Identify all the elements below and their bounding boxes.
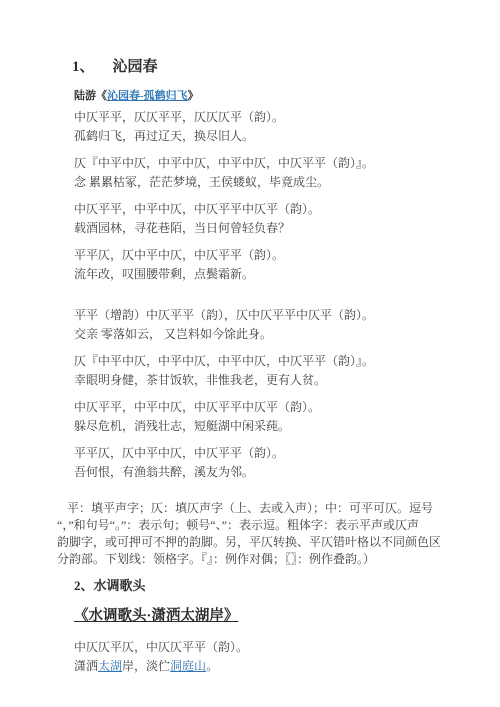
section1-heading: 1、沁园春 [72, 58, 445, 76]
section2-heading-number: 2、 [74, 578, 94, 593]
poem-group: 中仄平平，仄仄平平，仄仄仄平（韵）。 孤鹤归飞，再过辽天，换尽旧人。 [74, 108, 445, 146]
verse-line: 流年改，叹围腰带剩，点鬓霜新。 [74, 265, 445, 284]
verse-line: 潇洒太湖岸，淡伫洞庭山。 [74, 657, 445, 676]
meter-line: 仄『中平中仄，中平中仄，中平中仄，中仄平平（韵）』。 [74, 352, 445, 371]
verse-text: 。 [206, 659, 218, 673]
verse-line: 载酒园林，寻花巷陌，当日何曾轻负春？ [74, 219, 445, 238]
meter-line: 平平仄，仄中平中仄，中仄平平（韵）。 [74, 246, 445, 265]
document-page: 1、沁园春 陆游《沁园春-孤鹤归飞》 中仄平平，仄仄平平，仄仄仄平（韵）。 孤鹤… [0, 0, 500, 707]
section2-heading: 2、水调歌头 [74, 578, 445, 594]
poem-body: 中仄平平，仄仄平平，仄仄仄平（韵）。 孤鹤归飞，再过辽天，换尽旧人。 仄『中平中… [74, 108, 445, 482]
verse-line: 交亲 零落如云， 又岂料如今馀此身。 [74, 325, 445, 344]
meter-line: 仄『中平中仄，中平中仄，中平中仄，中仄平平（韵）』。 [74, 154, 445, 173]
legend-note-line: 分韵部。下划线：领格字。『』：例作对偶；〖〗：例作叠韵。） [57, 551, 445, 568]
meter-line: 中仄平平，仄仄平平，仄仄仄平（韵）。 [74, 108, 445, 127]
poem-group: 平平仄，仄中平中仄，中仄平平（韵）。 吾何恨，有渔翁共醉，溪友为邻。 [74, 444, 445, 482]
poem-group: 中仄平平，中平中仄，中仄平平中仄平（韵）。 躲尽危机，消残壮志，短艇湖中闲采莼。 [74, 398, 445, 436]
section1-heading-title: 沁园春 [113, 59, 158, 75]
section2-subtitle-link[interactable]: 《水调歌头·潇洒太湖岸》 [74, 608, 238, 624]
legend-note-line: 平：填平声字；仄：填仄声字（上、去或入声）；中：可平可仄。逗号 [57, 500, 445, 517]
author-name: 陆游《 [74, 90, 107, 102]
legend-note: 平：填平声字；仄：填仄声字（上、去或入声）；中：可平可仄。逗号 “，”和句号“。… [57, 500, 445, 568]
verse-line: 念 累累枯冢，茫茫梦境，王侯蝼蚁，毕竟成尘。 [74, 173, 445, 192]
legend-note-line: “，”和句号“。”：表示句；顿号“、”：表示逗。粗体字：表示平声或仄声 [57, 517, 445, 534]
poem-group: 仄『中平中仄，中平中仄，中平中仄，中仄平平（韵）』。 念 累累枯冢，茫茫梦境，王… [74, 154, 445, 192]
dongtingshan-link[interactable]: 洞庭山 [170, 659, 206, 673]
poem-title-link[interactable]: 沁园春-孤鹤归飞 [107, 90, 188, 102]
author-line: 陆游《沁园春-孤鹤归飞》 [74, 89, 445, 103]
poem-group: 中仄平平，中平中仄，中仄平平中仄平（韵）。 载酒园林，寻花巷陌，当日何曾轻负春？ [74, 200, 445, 238]
poem-group: 平平（增韵）中仄平平（韵），仄中仄平平中仄平（韵）。 交亲 零落如云， 又岂料如… [74, 306, 445, 344]
verse-text: 潇洒 [74, 659, 98, 673]
verse-line: 吾何恨，有渔翁共醉，溪友为邻。 [74, 463, 445, 482]
verse-line: 孤鹤归飞，再过辽天，换尽旧人。 [74, 127, 445, 146]
verse-line: 躲尽危机，消残壮志，短艇湖中闲采莼。 [74, 417, 445, 436]
author-suffix: 》 [188, 90, 199, 102]
poem-group: 平平仄，仄中平中仄，中仄平平（韵）。 流年改，叹围腰带剩，点鬓霜新。 [74, 246, 445, 284]
section2-heading-title: 水调歌头 [94, 578, 146, 593]
section2-subtitle: 《水调歌头·潇洒太湖岸》 [74, 607, 445, 625]
taihu-link[interactable]: 太湖 [98, 659, 122, 673]
legend-note-line: 韵脚字，或可押可不押的韵脚。另，平仄转换、平仄错叶格以不同颜色区 [57, 534, 445, 551]
verse-line: 幸眼明身健，茶甘饭软，非惟我老，更有人贫。 [74, 371, 445, 390]
poem-group: 仄『中平中仄，中平中仄，中平中仄，中仄平平（韵）』。 幸眼明身健，茶甘饭软，非惟… [74, 352, 445, 390]
meter-line: 中仄平平，中平中仄，中仄平平中仄平（韵）。 [74, 200, 445, 219]
meter-line: 中仄仄平仄，中仄仄平平（韵）。 [74, 638, 445, 657]
meter-line: 平平（增韵）中仄平平（韵），仄中仄平平中仄平（韵）。 [74, 306, 445, 325]
meter-line: 平平仄，仄中平中仄，中仄平平（韵）。 [74, 444, 445, 463]
verse-text: 岸，淡伫 [122, 659, 170, 673]
meter-line: 中仄平平，中平中仄，中仄平平中仄平（韵）。 [74, 398, 445, 417]
section1-heading-number: 1、 [72, 59, 95, 75]
